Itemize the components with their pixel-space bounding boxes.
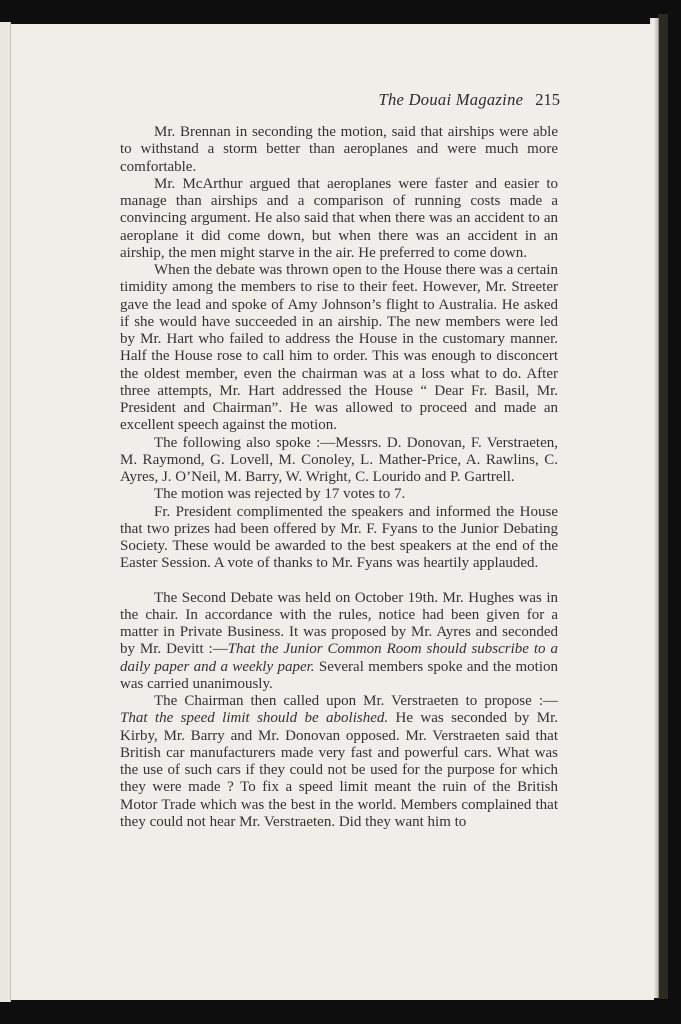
text-run: He was seconded by Mr. Kirby, Mr. Barry … xyxy=(120,710,558,830)
paragraph-speed-limit: The Chairman then called upon Mr. Verstr… xyxy=(120,693,558,831)
running-head: The Douai Magazine215 xyxy=(360,90,560,110)
facing-page-edge xyxy=(0,22,11,1002)
book-cover-edge xyxy=(658,14,668,999)
paragraph-open-debate: When the debate was thrown open to the H… xyxy=(120,262,558,435)
paragraph-vote-result: The motion was rejected by 17 votes to 7… xyxy=(120,486,558,503)
page-number: 215 xyxy=(535,90,560,109)
publication-title: The Douai Magazine xyxy=(379,90,524,109)
paragraph-brennan: Mr. Brennan in seconding the motion, sai… xyxy=(120,124,558,176)
paragraph-also-spoke: The following also spoke :—Messrs. D. Do… xyxy=(120,435,558,487)
motion-text: That the speed limit should be abolished… xyxy=(120,710,388,726)
article-body: Mr. Brennan in seconding the motion, sai… xyxy=(120,124,558,831)
paragraph-mcarthur: Mr. McArthur argued that aeroplanes were… xyxy=(120,176,558,262)
paragraph-prizes: Fr. President complimented the speakers … xyxy=(120,504,558,573)
text-run: The Chairman then called upon Mr. Verstr… xyxy=(154,693,558,709)
paragraph-second-debate: The Second Debate was held on October 19… xyxy=(120,590,558,694)
